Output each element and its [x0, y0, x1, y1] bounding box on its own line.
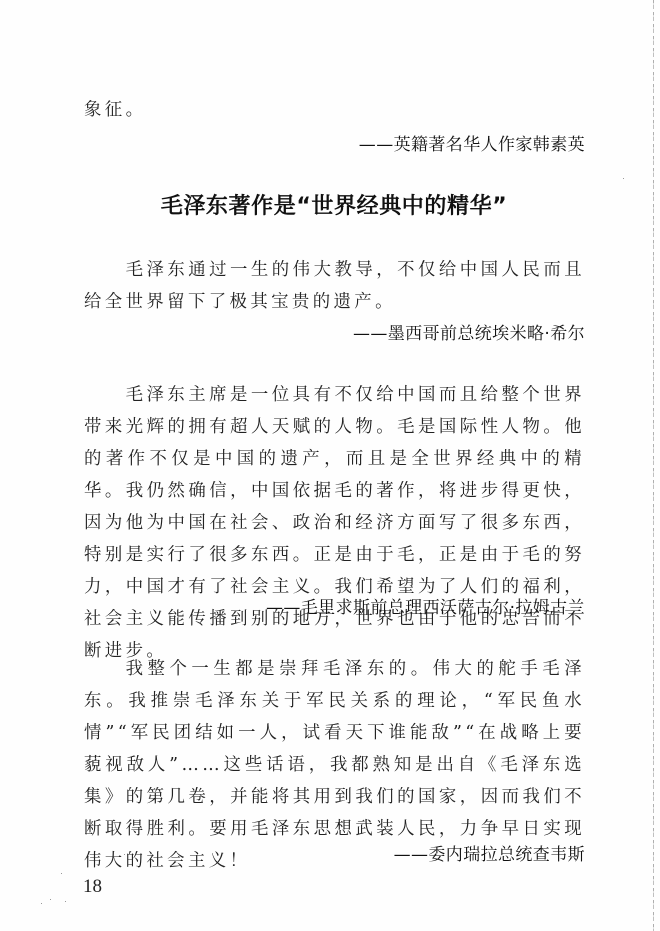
quote-2-attribution-block: ——毛里求斯前总理西沃萨古尔·拉姆古兰 — [84, 596, 585, 620]
intro-attribution-block: ——英籍著名华人作家韩素英 — [84, 133, 585, 157]
scan-speck — [61, 873, 62, 874]
section-title: 毛泽东著作是“世界经典中的精华” — [0, 189, 660, 220]
intro-attribution: ——英籍著名华人作家韩素英 — [84, 133, 585, 157]
quote-2: 毛泽东主席是一位具有不仅给中国而且给整个世界带来光辉的拥有超人天赋的人物。毛是国… — [84, 379, 585, 667]
quote-text: 毛泽东通过一生的伟大教导，不仅给中国人民而且给全世界留下了极其宝贵的遗产。 — [84, 254, 585, 318]
intro-continuation-text: 象征。 — [84, 94, 585, 126]
scan-speck — [623, 178, 624, 179]
quote-attribution: ——委内瑞拉总统查韦斯 — [84, 843, 585, 867]
quote-text: 毛泽东主席是一位具有不仅给中国而且给整个世界带来光辉的拥有超人天赋的人物。毛是国… — [84, 379, 585, 667]
scan-speck — [41, 903, 42, 904]
scan-edge-line — [653, 0, 654, 931]
quote-attribution: ——毛里求斯前总理西沃萨古尔·拉姆古兰 — [84, 596, 585, 620]
page-number: 18 — [83, 876, 102, 898]
scan-speck — [65, 901, 66, 902]
quote-attribution: ——墨西哥前总统埃米略·希尔 — [84, 322, 585, 346]
quote-1: 毛泽东通过一生的伟大教导，不仅给中国人民而且给全世界留下了极其宝贵的遗产。 — [84, 254, 585, 318]
quote-3-attribution-block: ——委内瑞拉总统查韦斯 — [84, 843, 585, 867]
quote-1-attribution-block: ——墨西哥前总统埃米略·希尔 — [84, 322, 585, 346]
book-page: 象征。 ——英籍著名华人作家韩素英 毛泽东著作是“世界经典中的精华” 毛泽东通过… — [0, 0, 660, 931]
scan-speck — [50, 899, 51, 900]
intro-block: 象征。 — [84, 94, 585, 126]
scan-speck — [124, 854, 125, 855]
